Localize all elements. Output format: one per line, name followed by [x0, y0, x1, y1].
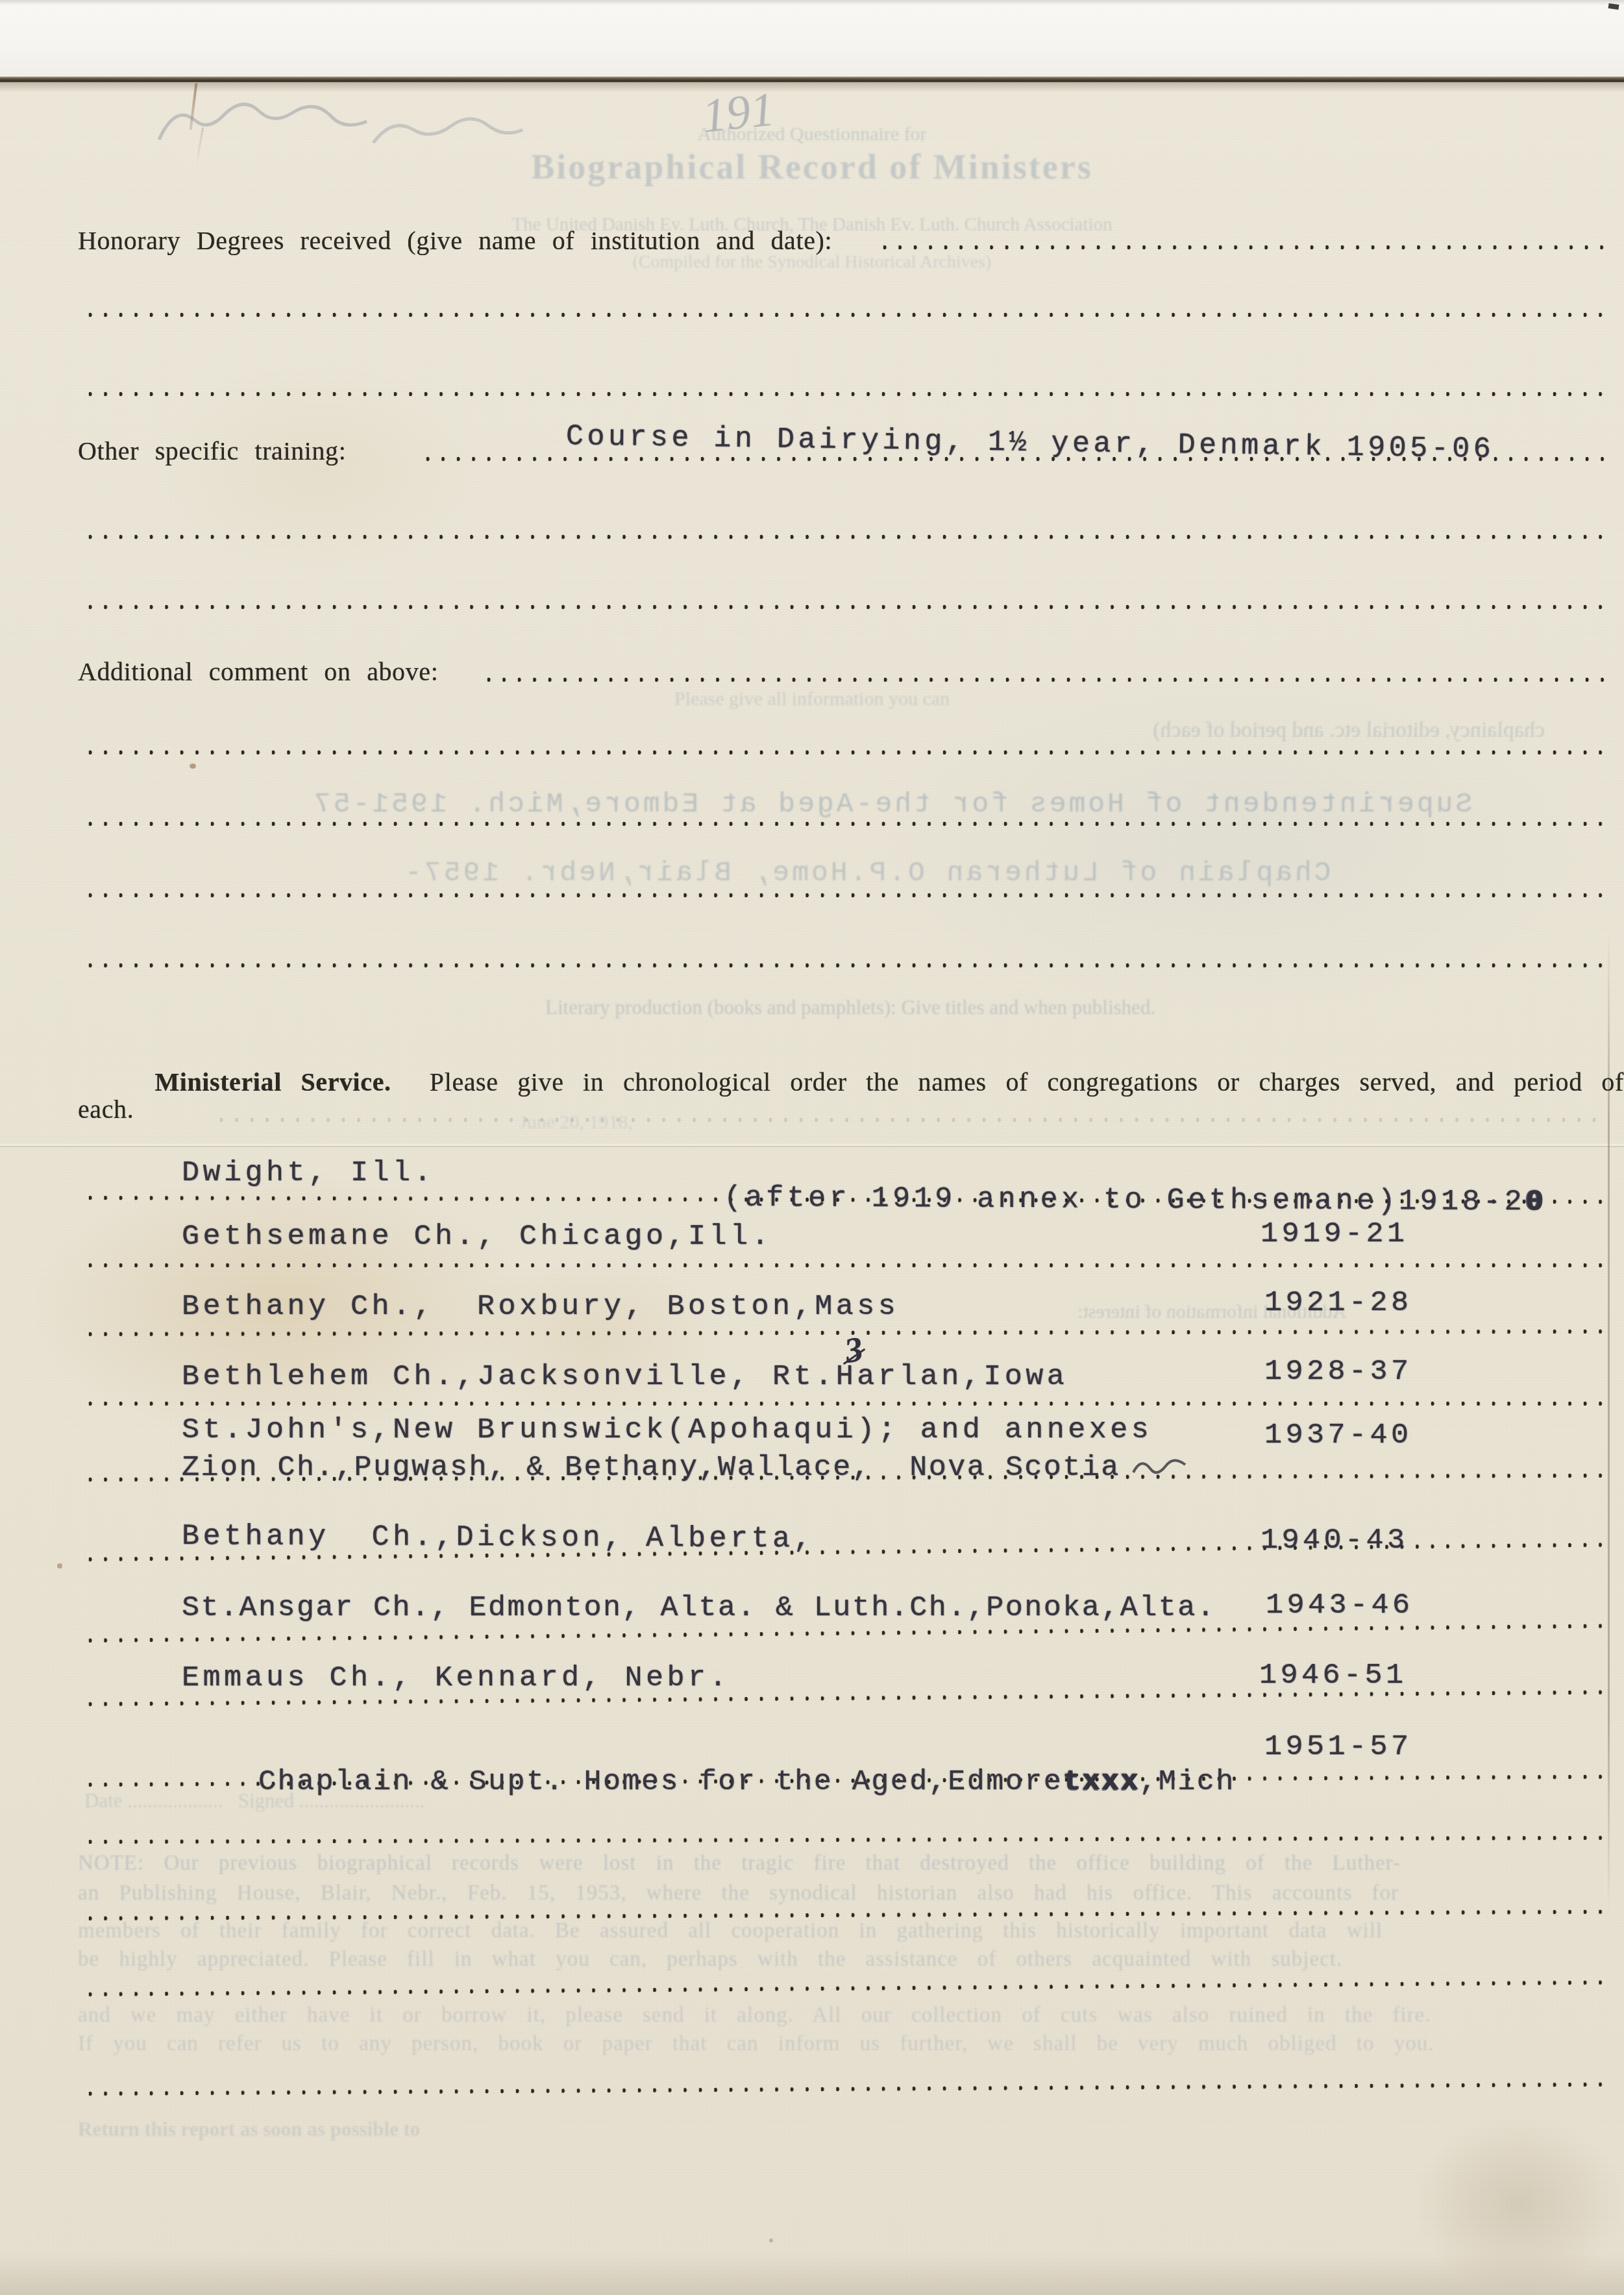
bleedthrough-literary-line: Literary production (books and pamphlets… — [545, 996, 1155, 1019]
service-row-name: Bethany Ch., Roxbury, Boston,Mass — [182, 1291, 899, 1323]
ruled-line-4 — [83, 602, 1605, 612]
handwritten-squiggle — [1131, 1453, 1189, 1482]
service-row-name: St.Ansgar Ch., Edmonton, Alta. & Luth.Ch… — [182, 1592, 1216, 1624]
bleedthrough-return-line: Return this report as soon as possible t… — [78, 2118, 420, 2141]
service-row-period: 1919-21 — [1261, 1218, 1409, 1250]
struck-out-characters: txxx — [1063, 1765, 1139, 1798]
service-row-name: Bethlehem Ch.,Jacksonville, Rt.Harlan,Io… — [182, 1361, 1068, 1393]
service-row-period: 1940-43 — [1261, 1524, 1409, 1557]
service-row-period: 1937-40 — [1264, 1419, 1412, 1452]
bleedthrough-mirrored-superintendent: Superintendent of Homes for the-Aged at … — [312, 788, 1472, 820]
service-row-period: 1943-46 — [1266, 1589, 1414, 1622]
speck-1 — [190, 763, 196, 769]
additional-comment-label: Additional comment on above: — [78, 657, 454, 687]
ruled-line-5 — [83, 748, 1605, 757]
bleedthrough-note-line4: be highly appreciated. Please fill in wh… — [78, 1948, 1342, 1972]
ministerial-service-instructions: Please give in chronological order the n… — [391, 1067, 1624, 1097]
bleedthrough-note-line1: NOTE: Our previous biographical records … — [78, 1852, 1401, 1876]
service-row-period: 1951-57 — [1264, 1731, 1412, 1763]
service-row-note-text: (after 1919 annex to Gethsemane)1918-2 — [724, 1181, 1525, 1218]
ruled-line-9 — [83, 1833, 1605, 1846]
bleedthrough-mirrored-chaplain: Chaplain of Lutheran O.P.Home, Blair,Neb… — [402, 857, 1331, 889]
service-row-period: 1946-51 — [1259, 1659, 1407, 1692]
service-row-period: 1928-37 — [1264, 1356, 1412, 1388]
bleedthrough-mirrored-editorial: chaplaincy, editorial etc. and period of… — [338, 718, 1545, 743]
bleedthrough-note-line5: and we may either have it or borrow it, … — [78, 2003, 1431, 2028]
service-ruled-line-4 — [83, 1399, 1605, 1408]
bottom-edge-shade — [0, 2253, 1624, 2295]
ruled-line-6 — [83, 819, 1605, 828]
ruled-line-1 — [83, 310, 1605, 319]
service-ruled-line-7 — [83, 1622, 1605, 1645]
bleedthrough-note-line3: members of their family for correct data… — [78, 1919, 1383, 1943]
ruled-line-7 — [83, 891, 1605, 900]
service-row-note: (after 1919 annex to Gethsemane)1918-20 — [639, 1149, 1547, 1250]
service-row-name: Dwight, Ill. — [182, 1157, 435, 1189]
service-row-name: St.John's,New Brunswick(Apohaqui); and a… — [182, 1414, 1152, 1446]
bleedthrough-note-line2: an Publishing House, Blair, Nebr., Feb. … — [78, 1881, 1399, 1905]
service-row-name-text: Chaplain & Supt. Homes for the Aged,Edmo… — [258, 1765, 1063, 1798]
service-row-period: 1921-28 — [1264, 1287, 1412, 1319]
ruled-line-2 — [83, 390, 1605, 399]
additional-inline-dots — [482, 675, 1605, 684]
honorary-inline-dots — [878, 243, 1605, 252]
pencil-number: 191 — [700, 82, 777, 144]
pencil-scribble — [153, 88, 568, 159]
overstruck-character: 0 — [1525, 1185, 1547, 1219]
ruled-line-3 — [83, 532, 1605, 541]
service-row-name: Gethsemane Ch., Chicago,Ill. — [182, 1221, 772, 1253]
ministerial-service-instructions-cont: each. — [78, 1095, 134, 1124]
horizontal-fold-crease — [0, 1144, 1624, 1147]
scanned-form-page: 191 Authorized Questionnaire for Biograp… — [0, 0, 1624, 2295]
service-row-name-end: ,Mich — [1139, 1765, 1235, 1798]
ministerial-service-heading: Ministerial Service. Please give in chro… — [78, 1037, 1624, 1127]
training-label: Other specific training: — [78, 436, 362, 466]
paper-top-edge — [0, 77, 1624, 83]
service-row-name: Emmaus Ch., Kennard, Nebr. — [182, 1662, 730, 1694]
ruled-line-8 — [83, 961, 1605, 970]
bleedthrough-note-line6: If you can refer us to any person, book … — [78, 2032, 1434, 2056]
speck-2 — [57, 1563, 62, 1569]
ministerial-service-heading-bold: Ministerial Service. — [154, 1067, 391, 1097]
ruled-line-11 — [83, 1978, 1605, 1999]
honorary-degrees-label: Honorary Degrees received (give name of … — [78, 226, 848, 256]
speck-3 — [769, 2239, 773, 2242]
scanner-background-strip — [0, 0, 1624, 77]
service-row-name: Chaplain & Supt. Homes for the Aged,Edmo… — [182, 1733, 1235, 1830]
service-ruled-line-2 — [83, 1261, 1605, 1270]
service-row-name: Bethany Ch.,Dickson, Alberta, — [182, 1520, 815, 1556]
bleedthrough-info-line: Please give all information you can — [0, 688, 1624, 710]
service-row-name-line2: Zion Ch.,Pugwash, & Bethany,Wallace, Nov… — [182, 1452, 1120, 1484]
ruled-line-12 — [83, 2080, 1605, 2098]
